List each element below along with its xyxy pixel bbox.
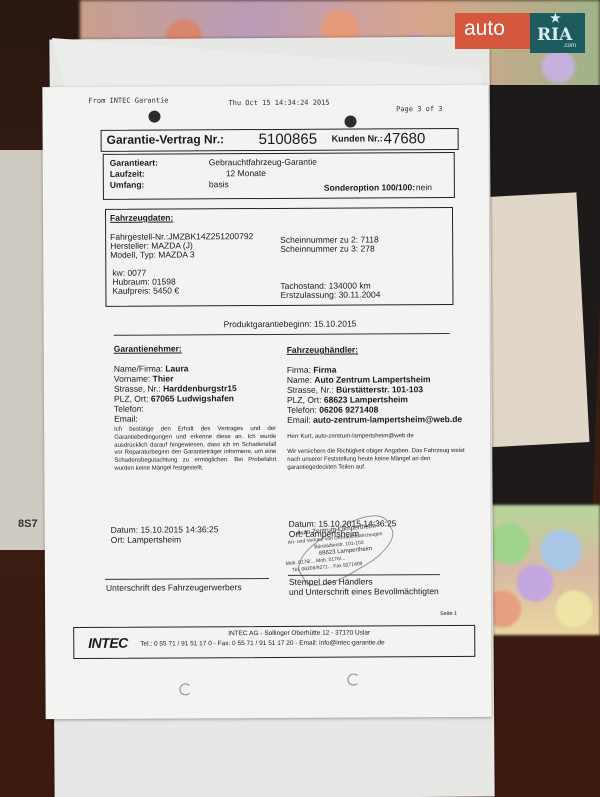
intec-logo: INTEC — [88, 635, 128, 651]
warranty-contract-sheet: From INTEC Garantie Thu Oct 15 14:34:24 … — [42, 85, 491, 719]
watermark-auto: auto — [455, 13, 530, 49]
binding-hole-icon — [347, 674, 359, 686]
dealer-signature-caption: Stempel des Händlersund Unterschrift ein… — [289, 576, 439, 597]
star-icon: ★ — [550, 11, 561, 25]
side-label: 8S7 — [18, 518, 38, 530]
holder-declaration: Ich bestätige den Erhalt des Vertrages u… — [114, 426, 276, 474]
holder-details: Name/Firma: Laura Vorname: Thier Strasse… — [114, 363, 237, 424]
vehicle-heading: Fahrzeugdaten: — [110, 212, 173, 222]
customer-number: 47680 — [384, 130, 426, 147]
vehicle-data-box: Fahrzeugdaten: Fahrgestell-Nr.:JMZBK14Z2… — [105, 207, 454, 307]
dealer-contact: Herr Kurt, auto-zentrum-lampertsheim@web… — [287, 433, 472, 442]
holder-signature-caption: Unterschrift des Fahrzeugerwerbers — [106, 582, 242, 593]
footer-box: INTEC INTEC AG - Sollinger Oberhütte 12 … — [73, 625, 475, 659]
fax-from: From INTEC Garantie — [88, 97, 168, 105]
contract-number-box: Garantie-Vertrag Nr.: 5100865 Kunden Nr.… — [101, 128, 459, 152]
fax-page: Page 3 of 3 — [396, 105, 442, 113]
company-address: INTEC AG - Sollinger Oberhütte 12 - 3717… — [228, 629, 370, 637]
dealer-stamp: Auto Zentrum Lampertheim An- und Verkauf… — [283, 520, 407, 581]
dealer-assurance: Wir versichern die Richtigkeit obiger An… — [287, 448, 467, 472]
fax-header: From INTEC Garantie Thu Oct 15 14:34:24 … — [88, 95, 442, 97]
contract-number: 5100865 — [259, 131, 317, 148]
watermark-ria: ★ RIA .com — [530, 13, 585, 53]
binding-hole-icon — [179, 683, 191, 695]
divider — [114, 333, 450, 336]
punch-hole-icon — [345, 116, 357, 128]
fax-timestamp: Thu Oct 15 14:34:24 2015 — [228, 99, 329, 108]
holder-heading: Garantienehmer: — [114, 343, 182, 353]
company-contact: Tel.: 0 55 71 / 91 51 17 0 - Fax: 0 55 7… — [140, 639, 384, 647]
warranty-type-box: Garantieart: Gebrauchtfahrzeug-Garantie … — [103, 152, 455, 200]
product-warranty-start: Produktgarantiebeginn: 15.10.2015 — [224, 319, 357, 330]
holder-date-place: Datum: 15.10.2015 14:36:25Ort: Lampertsh… — [111, 524, 219, 545]
holder-signature-line — [105, 578, 269, 580]
dealer-details: Firma: Firma Name: Auto Zentrum Lamperts… — [287, 364, 472, 425]
punch-hole-icon — [148, 111, 160, 123]
dealer-heading: Fahrzeughändler: — [287, 345, 358, 355]
page-label: Seite 1 — [440, 611, 457, 617]
autoria-watermark: auto ★ RIA .com — [455, 13, 585, 53]
